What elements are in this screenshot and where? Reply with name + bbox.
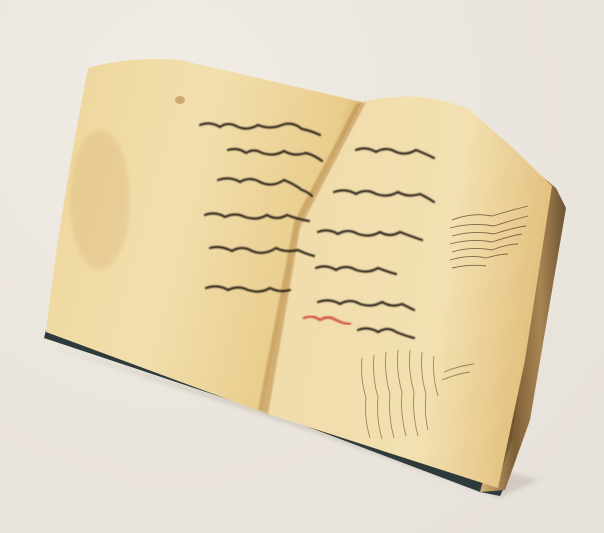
photo-scene: Open antique Arabic manuscript book xyxy=(0,0,604,533)
manuscript-book xyxy=(0,0,604,533)
